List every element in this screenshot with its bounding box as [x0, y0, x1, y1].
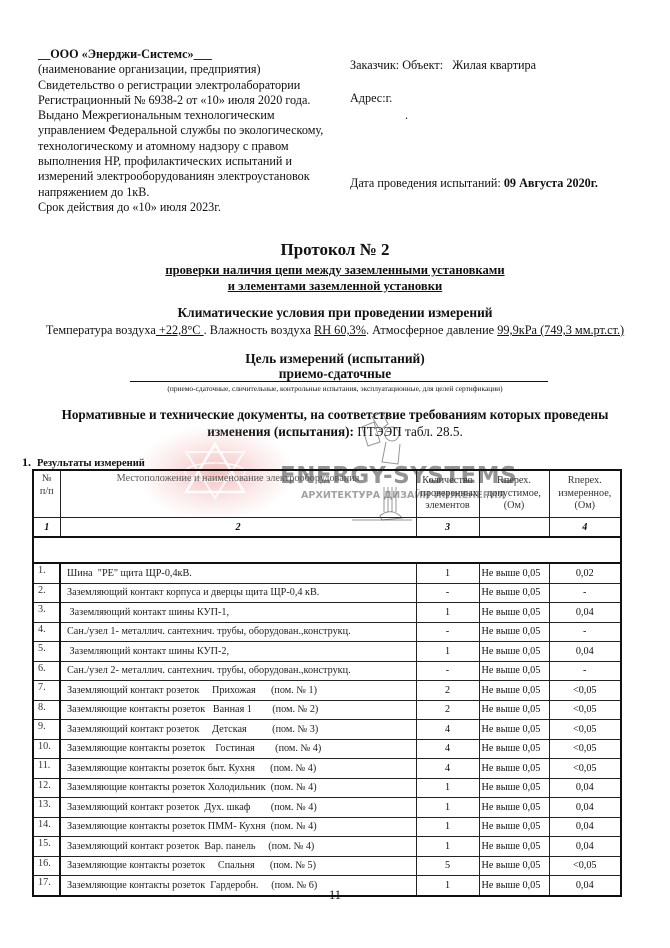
temperature-label: Температура воздуха: [46, 323, 156, 337]
row-measured-resistance: <0,05: [549, 759, 621, 779]
row-number: 7.: [33, 681, 60, 701]
row-description: Заземляющие контакты розеток Холодильник…: [60, 778, 416, 798]
row-allowed-resistance: Не выше 0,05: [479, 856, 549, 876]
row-allowed-resistance: Не выше 0,05: [479, 817, 549, 837]
climate-values: Температура воздуха +22,8°С . Влажность …: [0, 323, 670, 338]
row-number: 9.: [33, 720, 60, 740]
test-date-line: Дата проведения испытаний: 09 Августа 20…: [350, 176, 598, 191]
row-measured-resistance: <0,05: [549, 856, 621, 876]
row-allowed-resistance: Не выше 0,05: [479, 622, 549, 642]
table-row: 8.Заземляющие контакты розеток Ванная 1 …: [33, 700, 621, 720]
table-row: 9.Заземляющий контакт розеток Детская (п…: [33, 720, 621, 740]
row-measured-resistance: -: [549, 583, 621, 603]
org-line: управлением Федеральной службы по эколог…: [38, 123, 348, 138]
row-measured-resistance: 0,02: [549, 563, 621, 583]
row-description: Заземляющий контакт розеток Вар. панель …: [60, 837, 416, 857]
row-allowed-resistance: Не выше 0,05: [479, 603, 549, 623]
column-index: [479, 518, 549, 538]
org-line: Выдано Межрегиональным технологическим: [38, 108, 348, 123]
norms-block: Нормативные и технические документы, на …: [0, 406, 670, 440]
org-line: технологическому и атомному надзору с пр…: [38, 139, 348, 154]
pressure-value: 99,9кРа (749,3 мм.рт.ст.): [497, 323, 624, 337]
row-quantity: 1: [416, 563, 479, 583]
column-index: 4: [549, 518, 621, 538]
table-header-row: № п/п Местоположение и наименование элек…: [33, 470, 621, 518]
row-measured-resistance: <0,05: [549, 681, 621, 701]
organization-block: __ООО «Энерджи-Системс»___ (наименование…: [38, 47, 348, 215]
table-row: 11.Заземляющие контакты розеток быт. Кух…: [33, 759, 621, 779]
row-allowed-resistance: Не выше 0,05: [479, 720, 549, 740]
row-description: Сан./узел 1- металлич. сантехнич. трубы,…: [60, 622, 416, 642]
customer-line: Заказчик: Объект: Жилая квартира: [350, 58, 536, 73]
row-allowed-resistance: Не выше 0,05: [479, 661, 549, 681]
row-number: 10.: [33, 739, 60, 759]
row-measured-resistance: 0,04: [549, 603, 621, 623]
organization-name: __ООО «Энерджи-Системс»___: [38, 47, 348, 62]
column-header-measured: Rперех. измеренное, (Ом): [549, 470, 621, 518]
page-number: 11: [0, 888, 670, 903]
column-header-location: Местоположение и наименование электрообо…: [60, 470, 416, 518]
row-allowed-resistance: Не выше 0,05: [479, 798, 549, 818]
row-quantity: 1: [416, 798, 479, 818]
table-row: 16.Заземляющие контакты розеток Спальня …: [33, 856, 621, 876]
row-allowed-resistance: Не выше 0,05: [479, 700, 549, 720]
row-quantity: 4: [416, 720, 479, 740]
row-description: Заземляющий контакт шины КУП-2,: [60, 642, 416, 662]
row-allowed-resistance: Не выше 0,05: [479, 563, 549, 583]
row-description: Заземляющий контакт розеток Детская (пом…: [60, 720, 416, 740]
row-number: 15.: [33, 837, 60, 857]
row-measured-resistance: <0,05: [549, 700, 621, 720]
row-description: Заземляющие контакты розеток Гостиная (п…: [60, 739, 416, 759]
row-number: 13.: [33, 798, 60, 818]
row-quantity: 1: [416, 603, 479, 623]
row-allowed-resistance: Не выше 0,05: [479, 778, 549, 798]
row-allowed-resistance: Не выше 0,05: [479, 681, 549, 701]
results-section-label: 1.Результаты измерений: [22, 455, 145, 470]
humidity-value: RH 60,3%: [314, 323, 366, 337]
row-measured-resistance: 0,04: [549, 817, 621, 837]
column-header-number: № п/п: [33, 470, 60, 518]
row-quantity: 4: [416, 739, 479, 759]
row-number: 14.: [33, 817, 60, 837]
row-measured-resistance: <0,05: [549, 720, 621, 740]
protocol-subtitle-line1: проверки наличия цепи между заземленными…: [0, 263, 670, 278]
row-measured-resistance: 0,04: [549, 642, 621, 662]
address-label: Адрес:г.: [350, 91, 392, 106]
org-line: Срок действия до «10» июля 2023г.: [38, 200, 348, 215]
row-quantity: 2: [416, 700, 479, 720]
table-row: 12.Заземляющие контакты розеток Холодиль…: [33, 778, 621, 798]
row-quantity: -: [416, 583, 479, 603]
results-section-title: Результаты измерений: [37, 458, 145, 469]
org-line: Свидетельство о регистрации электролабор…: [38, 78, 348, 93]
row-measured-resistance: -: [549, 622, 621, 642]
row-description: Заземляющие контакты розеток Ванная 1 (п…: [60, 700, 416, 720]
row-number: 8.: [33, 700, 60, 720]
row-quantity: 1: [416, 778, 479, 798]
row-description: Заземляющие контакты розеток быт. Кухня …: [60, 759, 416, 779]
row-description: Шина "РЕ" щита ЩР-0,4кВ.: [60, 563, 416, 583]
norms-line2: изменения (испытания): ПТЭЭП табл. 28.5.: [0, 423, 670, 440]
goal-value: приемо-сдаточные: [0, 366, 670, 382]
org-line: Регистрационный № 6938-2 от «10» июля 20…: [38, 93, 348, 108]
column-index: 2: [60, 518, 416, 538]
row-allowed-resistance: Не выше 0,05: [479, 759, 549, 779]
column-header-allowed: Rперех. допустимое, (Ом): [479, 470, 549, 518]
org-line: измерений электрооборудованиян электроус…: [38, 169, 348, 184]
row-number: 16.: [33, 856, 60, 876]
row-measured-resistance: 0,04: [549, 778, 621, 798]
table-spacer-row: [33, 537, 621, 563]
row-description: Заземляющий контакт розеток Прихожая (по…: [60, 681, 416, 701]
protocol-subtitle-line2: и элементами заземленной установки: [0, 279, 670, 294]
row-quantity: 1: [416, 642, 479, 662]
temperature-value: +22,8°С: [156, 323, 204, 337]
row-number: 12.: [33, 778, 60, 798]
customer-label: Заказчик: Объект:: [350, 58, 443, 72]
results-table: № п/п Местоположение и наименование элек…: [32, 469, 622, 897]
row-quantity: 2: [416, 681, 479, 701]
column-index: 3: [416, 518, 479, 538]
column-index: 1: [33, 518, 60, 538]
row-measured-resistance: 0,04: [549, 837, 621, 857]
row-quantity: -: [416, 622, 479, 642]
table-row: 2.Заземляющий контакт корпуса и дверцы щ…: [33, 583, 621, 603]
table-row: 10.Заземляющие контакты розеток Гостиная…: [33, 739, 621, 759]
row-allowed-resistance: Не выше 0,05: [479, 583, 549, 603]
row-description: Заземляющий контакт розеток Дух. шкаф (п…: [60, 798, 416, 818]
goal-note: (приемо-сдаточные, сличительные, контрол…: [0, 384, 670, 393]
row-number: 5.: [33, 642, 60, 662]
goal-heading: Цель измерений (испытаний): [0, 351, 670, 367]
table-row: 7.Заземляющий контакт розеток Прихожая (…: [33, 681, 621, 701]
table-row: 15.Заземляющий контакт розеток Вар. пане…: [33, 837, 621, 857]
row-description: Заземляющие контакты розеток ПММ- Кухня …: [60, 817, 416, 837]
row-quantity: 1: [416, 837, 479, 857]
protocol-title: Протокол № 2: [0, 240, 670, 260]
row-quantity: -: [416, 661, 479, 681]
row-quantity: 5: [416, 856, 479, 876]
row-measured-resistance: <0,05: [549, 739, 621, 759]
table-row: 14.Заземляющие контакты розеток ПММ- Кух…: [33, 817, 621, 837]
org-line: напряжением до 1кВ.: [38, 185, 348, 200]
row-description: Заземляющие контакты розеток Спальня (по…: [60, 856, 416, 876]
humidity-label: . Влажность воздуха: [204, 323, 314, 337]
results-section-number: 1.: [22, 455, 31, 469]
pressure-label: . Атмосферное давление: [366, 323, 497, 337]
table-row: 1.Шина "РЕ" щита ЩР-0,4кВ.1Не выше 0,050…: [33, 563, 621, 583]
row-number: 2.: [33, 583, 60, 603]
row-quantity: 1: [416, 817, 479, 837]
row-number: 4.: [33, 622, 60, 642]
row-number: 11.: [33, 759, 60, 779]
row-number: 3.: [33, 603, 60, 623]
table-index-row: 1 2 3 4: [33, 518, 621, 538]
row-measured-resistance: 0,04: [549, 798, 621, 818]
table-row: 13.Заземляющий контакт розеток Дух. шкаф…: [33, 798, 621, 818]
row-description: Сан./узел 2- металлич. сантехнич. трубы,…: [60, 661, 416, 681]
test-date-value: 09 Августа 2020г.: [504, 176, 598, 190]
test-date-label: Дата проведения испытаний:: [350, 176, 501, 190]
customer-value: Жилая квартира: [452, 58, 536, 72]
table-row: 4.Сан./узел 1- металлич. сантехнич. труб…: [33, 622, 621, 642]
row-description: Заземляющий контакт корпуса и дверцы щит…: [60, 583, 416, 603]
norms-line1: Нормативные и технические документы, на …: [0, 406, 670, 423]
row-number: 1.: [33, 563, 60, 583]
table-row: 5. Заземляющий контакт шины КУП-2,1Не вы…: [33, 642, 621, 662]
organization-caption: (наименование организации, предприятия): [38, 62, 348, 77]
org-line: выполнения НР, профилактических испытани…: [38, 154, 348, 169]
table-row: 3. Заземляющий контакт шины КУП-1,1Не вы…: [33, 603, 621, 623]
row-allowed-resistance: Не выше 0,05: [479, 642, 549, 662]
address-value: .: [405, 108, 408, 123]
climate-heading: Климатические условия при проведении изм…: [0, 305, 670, 321]
row-allowed-resistance: Не выше 0,05: [479, 837, 549, 857]
goal-underline: [130, 381, 548, 382]
row-number: 6.: [33, 661, 60, 681]
row-measured-resistance: -: [549, 661, 621, 681]
row-quantity: 4: [416, 759, 479, 779]
table-row: 6.Сан./узел 2- металлич. сантехнич. труб…: [33, 661, 621, 681]
row-allowed-resistance: Не выше 0,05: [479, 739, 549, 759]
row-description: Заземляющий контакт шины КУП-1,: [60, 603, 416, 623]
column-header-quantity: Количество проверенных элементов: [416, 470, 479, 518]
